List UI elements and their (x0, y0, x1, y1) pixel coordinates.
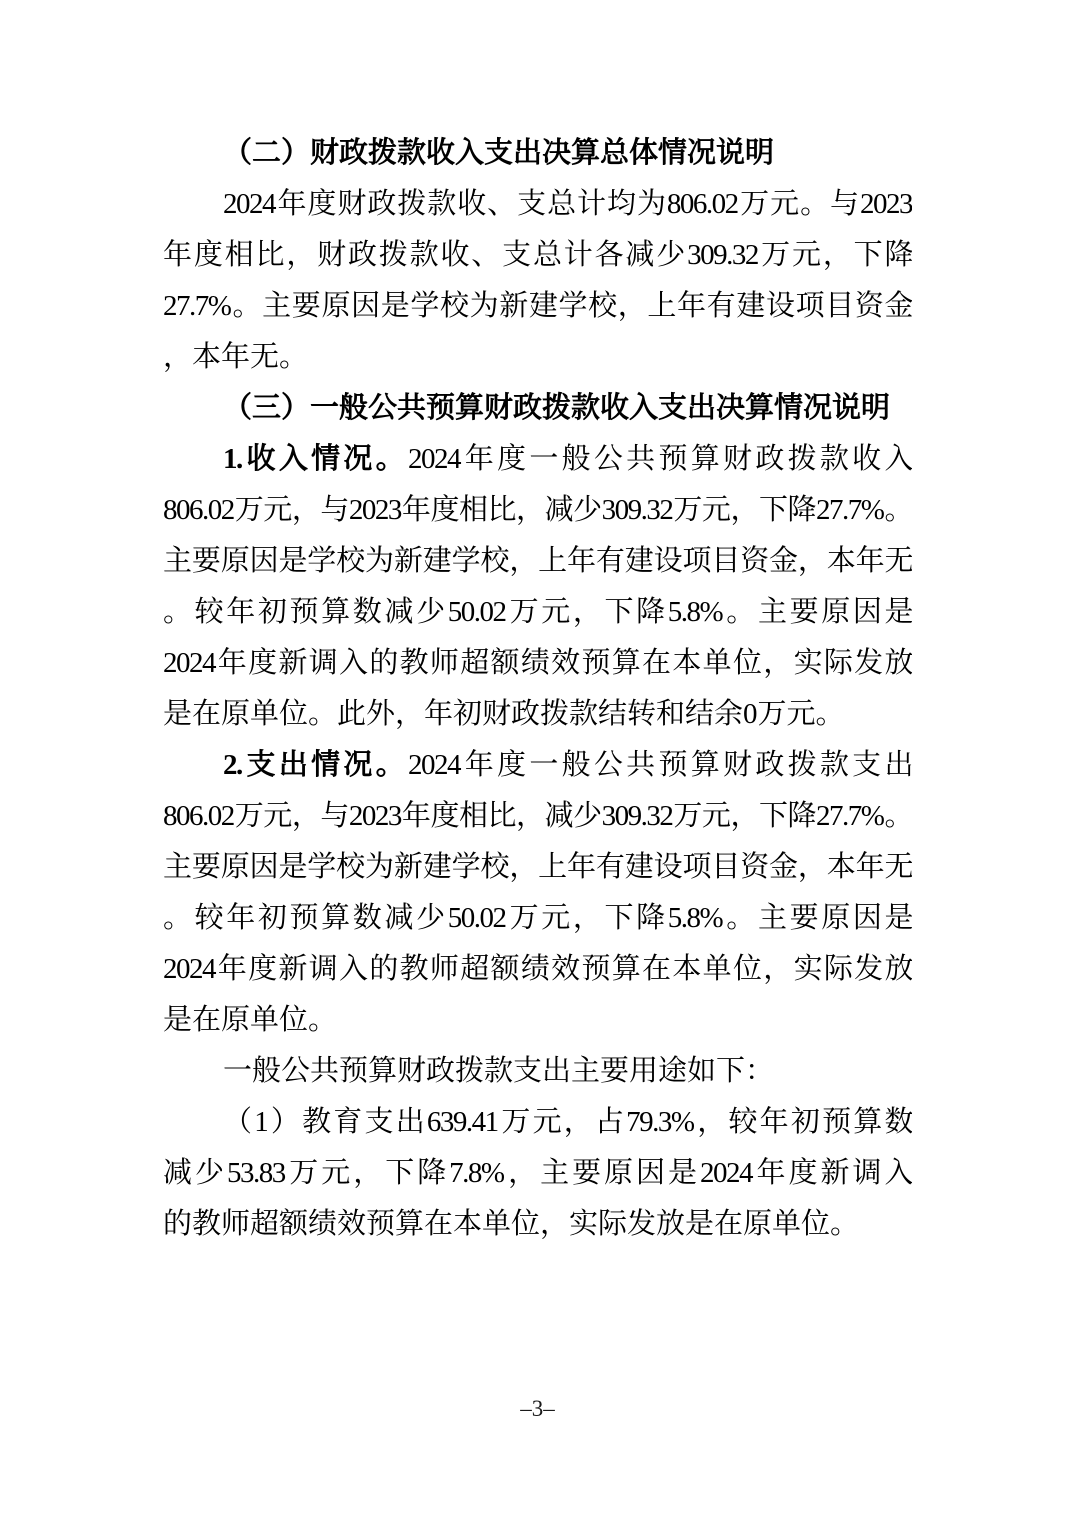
text-line: 是在原单位。此外，年初财政拨款结转和结余0万元。 (163, 689, 912, 740)
text-line: 2024年度财政拨款收、支总计均为806.02万元。与2023 (163, 179, 912, 230)
text-line: 减少53.83万元，下降7.8%，主要原因是2024年度新调入 (163, 1148, 912, 1199)
line-text: 是在原单位。 (163, 1004, 337, 1036)
line-text: （1）教育支出639.41万元，占79.3%，较年初预算数 (223, 1106, 912, 1138)
run-in-heading: 2.支出情况。 (223, 749, 408, 781)
line-text: 。较年初预算数减少50.02万元，下降5.8%。主要原因是 (163, 596, 912, 628)
line-text: 年度相比，财政拨款收、支总计各减少309.32万元，下降 (163, 239, 912, 271)
text-line: 2024年度新调入的教师超额绩效预算在本单位，实际发放 (163, 638, 912, 689)
heading-text: （二）财政拨款收入支出决算总体情况说明 (223, 137, 774, 169)
text-line: 806.02万元，与2023年度相比，减少309.32万元，下降27.7%。 (163, 485, 912, 536)
line-text: 27.7%。主要原因是学校为新建学校，上年有建设项目资金 (163, 290, 912, 322)
heading-text: （三）一般公共预算财政拨款收入支出决算情况说明 (223, 392, 890, 424)
text-line: 主要原因是学校为新建学校，上年有建设项目资金，本年无 (163, 842, 912, 893)
line-text: 。较年初预算数减少50.02万元，下降5.8%。主要原因是 (163, 902, 912, 934)
text-line: ，本年无。 (163, 332, 912, 383)
text-line: 的教师超额绩效预算在本单位，实际发放是在原单位。 (163, 1199, 912, 1250)
text-line: 。较年初预算数减少50.02万元，下降5.8%。主要原因是 (163, 587, 912, 638)
line-text: 是在原单位。此外，年初财政拨款结转和结余0万元。 (163, 698, 845, 730)
line-text: 主要原因是学校为新建学校，上年有建设项目资金，本年无 (163, 545, 912, 577)
line-text: 2024年度新调入的教师超额绩效预算在本单位，实际发放 (163, 647, 912, 679)
text-line: 2.支出情况。2024年度一般公共预算财政拨款支出 (163, 740, 912, 791)
line-text: 主要原因是学校为新建学校，上年有建设项目资金，本年无 (163, 851, 912, 883)
line-text: 806.02万元，与2023年度相比，减少309.32万元，下降27.7%。 (163, 494, 912, 526)
text-line: 。较年初预算数减少50.02万元，下降5.8%。主要原因是 (163, 893, 912, 944)
document-page: （二）财政拨款收入支出决算总体情况说明 2024年度财政拨款收、支总计均为806… (0, 0, 1075, 1520)
line-text: 2024年度一般公共预算财政拨款支出 (408, 749, 912, 781)
text-line: 1.收入情况。2024年度一般公共预算财政拨款收入 (163, 434, 912, 485)
section-heading: （三）一般公共预算财政拨款收入支出决算情况说明 (163, 383, 912, 434)
line-text: 的教师超额绩效预算在本单位，实际发放是在原单位。 (163, 1208, 859, 1240)
line-text: ，本年无。 (163, 341, 308, 373)
line-text: 减少53.83万元，下降7.8%，主要原因是2024年度新调入 (163, 1157, 912, 1189)
section-heading: （二）财政拨款收入支出决算总体情况说明 (163, 128, 912, 179)
line-text: 2024年度财政拨款收、支总计均为806.02万元。与2023 (223, 188, 912, 220)
text-line: 年度相比，财政拨款收、支总计各减少309.32万元，下降 (163, 230, 912, 281)
line-text: 2024年度新调入的教师超额绩效预算在本单位，实际发放 (163, 953, 912, 985)
line-text: 2024年度一般公共预算财政拨款收入 (408, 443, 912, 475)
line-text: 806.02万元，与2023年度相比，减少309.32万元，下降27.7%。 (163, 800, 912, 832)
text-line: 27.7%。主要原因是学校为新建学校，上年有建设项目资金 (163, 281, 912, 332)
text-line: 一般公共预算财政拨款支出主要用途如下： (163, 1046, 912, 1097)
page-number: –3– (0, 1396, 1075, 1422)
text-line: 2024年度新调入的教师超额绩效预算在本单位，实际发放 (163, 944, 912, 995)
text-line: 主要原因是学校为新建学校，上年有建设项目资金，本年无 (163, 536, 912, 587)
document-body: （二）财政拨款收入支出决算总体情况说明 2024年度财政拨款收、支总计均为806… (163, 128, 912, 1250)
text-line: 是在原单位。 (163, 995, 912, 1046)
line-text: 一般公共预算财政拨款支出主要用途如下： (223, 1055, 774, 1087)
text-line: （1）教育支出639.41万元，占79.3%，较年初预算数 (163, 1097, 912, 1148)
run-in-heading: 1.收入情况。 (223, 443, 408, 475)
text-line: 806.02万元，与2023年度相比，减少309.32万元，下降27.7%。 (163, 791, 912, 842)
